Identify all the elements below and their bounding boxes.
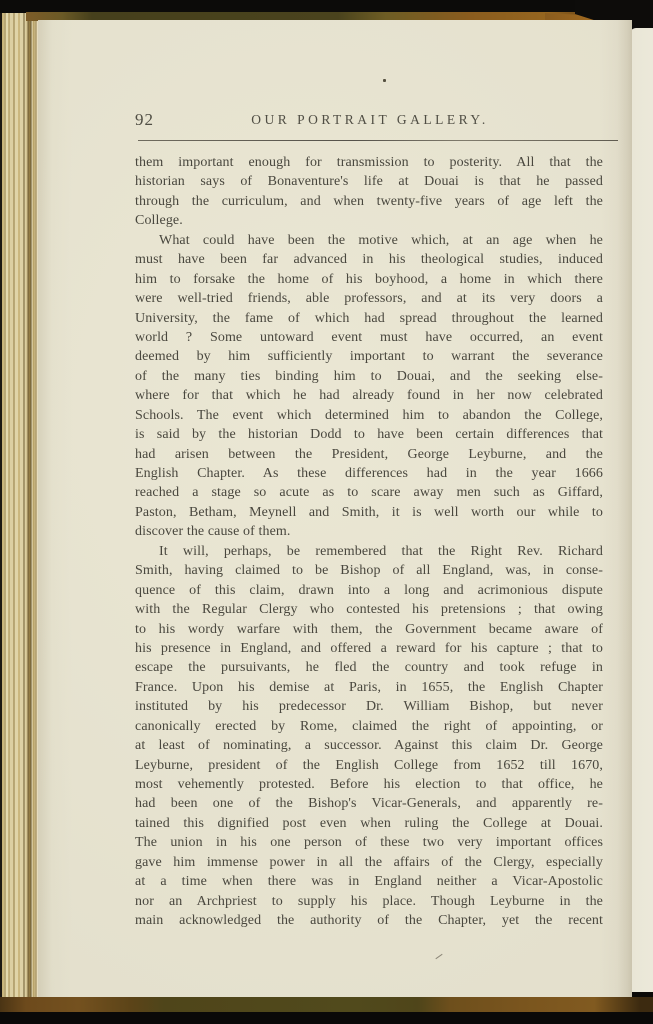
book-cover-bottom-edge bbox=[0, 997, 653, 1013]
text-line: through the curriculum, and when twenty-… bbox=[135, 192, 603, 211]
text-line: to his wordy warfare with them, the Gove… bbox=[135, 620, 603, 639]
text-line: The union in his one person of these two… bbox=[135, 833, 603, 852]
text-line: were well-tried friends, able professors… bbox=[135, 289, 603, 308]
running-head: 92 OUR PORTRAIT GALLERY. bbox=[135, 108, 605, 134]
paragraph: them important enough for transmission t… bbox=[135, 153, 603, 231]
text-line: at a time when there was in England neit… bbox=[135, 872, 603, 891]
page-body: them important enough for transmission t… bbox=[135, 153, 603, 931]
text-line: of the many ties binding him to Douai, a… bbox=[135, 367, 603, 386]
text-line: canonically erected by Rome, claimed the… bbox=[135, 717, 603, 736]
book-left-page-edges bbox=[0, 13, 40, 1008]
ink-speck bbox=[383, 79, 386, 82]
text-line: with the Regular Clergy who contested hi… bbox=[135, 600, 603, 619]
paragraph: What could have been the motive which, a… bbox=[135, 231, 603, 542]
text-line: gave him immense power in all the affair… bbox=[135, 853, 603, 872]
text-line: France. Upon his demise at Paris, in 165… bbox=[135, 678, 603, 697]
text-line: Schools. The event which determined him … bbox=[135, 406, 603, 425]
text-line: What could have been the motive which, a… bbox=[135, 231, 603, 250]
text-line: deemed by him sufficiently important to … bbox=[135, 347, 603, 366]
text-line: them important enough for transmission t… bbox=[135, 153, 603, 172]
paragraph: It will, perhaps, be remembered that the… bbox=[135, 542, 603, 931]
text-line: historian says of Bonaventure's life at … bbox=[135, 172, 603, 191]
text-line: must have been far advanced in his theol… bbox=[135, 250, 603, 269]
text-line: Smith, having claimed to be Bishop of al… bbox=[135, 561, 603, 580]
text-line: most vehemently protested. Before his el… bbox=[135, 775, 603, 794]
text-line: English Chapter. As these differences ha… bbox=[135, 464, 603, 483]
running-title: OUR PORTRAIT GALLERY. bbox=[135, 112, 605, 128]
text-line: It will, perhaps, be remembered that the… bbox=[135, 542, 603, 561]
header-rule bbox=[138, 140, 618, 141]
text-line: world ? Some untoward event must have oc… bbox=[135, 328, 603, 347]
book-page: 92 OUR PORTRAIT GALLERY. them important … bbox=[38, 20, 632, 997]
text-line: discover the cause of them. bbox=[135, 522, 603, 541]
stray-pen-mark bbox=[435, 954, 442, 959]
background-bottom bbox=[0, 1012, 653, 1024]
text-line: College. bbox=[135, 211, 603, 230]
text-line: tained this dignified post even when rul… bbox=[135, 814, 603, 833]
text-line: is said by the historian Dodd to have be… bbox=[135, 425, 603, 444]
text-line: Leyburne, president of the English Colle… bbox=[135, 756, 603, 775]
text-line: his presence in England, and offered a r… bbox=[135, 639, 603, 658]
text-line: reached a stage so acute as to scare awa… bbox=[135, 483, 603, 502]
text-line: University, the fame of which had spread… bbox=[135, 309, 603, 328]
text-line: main acknowledged the authority of the C… bbox=[135, 911, 603, 930]
scanned-book-photo: 92 OUR PORTRAIT GALLERY. them important … bbox=[0, 0, 653, 1024]
text-line: had been one of the Bishop's Vicar-Gener… bbox=[135, 794, 603, 813]
text-line: where for that which he had already foun… bbox=[135, 386, 603, 405]
text-line: him to forsake the home of his boyhood, … bbox=[135, 270, 603, 289]
text-line: had arisen between the President, George… bbox=[135, 445, 603, 464]
text-line: Paston, Betham, Meynell and Smith, it is… bbox=[135, 503, 603, 522]
text-line: instituted by his predecessor Dr. Willia… bbox=[135, 697, 603, 716]
text-line: nor an Archpriest to supply his place. T… bbox=[135, 892, 603, 911]
text-line: quence of this claim, drawn into a long … bbox=[135, 581, 603, 600]
text-line: escape the pursuivants, he fled the coun… bbox=[135, 658, 603, 677]
text-line: at least of nominating, a successor. Aga… bbox=[135, 736, 603, 755]
